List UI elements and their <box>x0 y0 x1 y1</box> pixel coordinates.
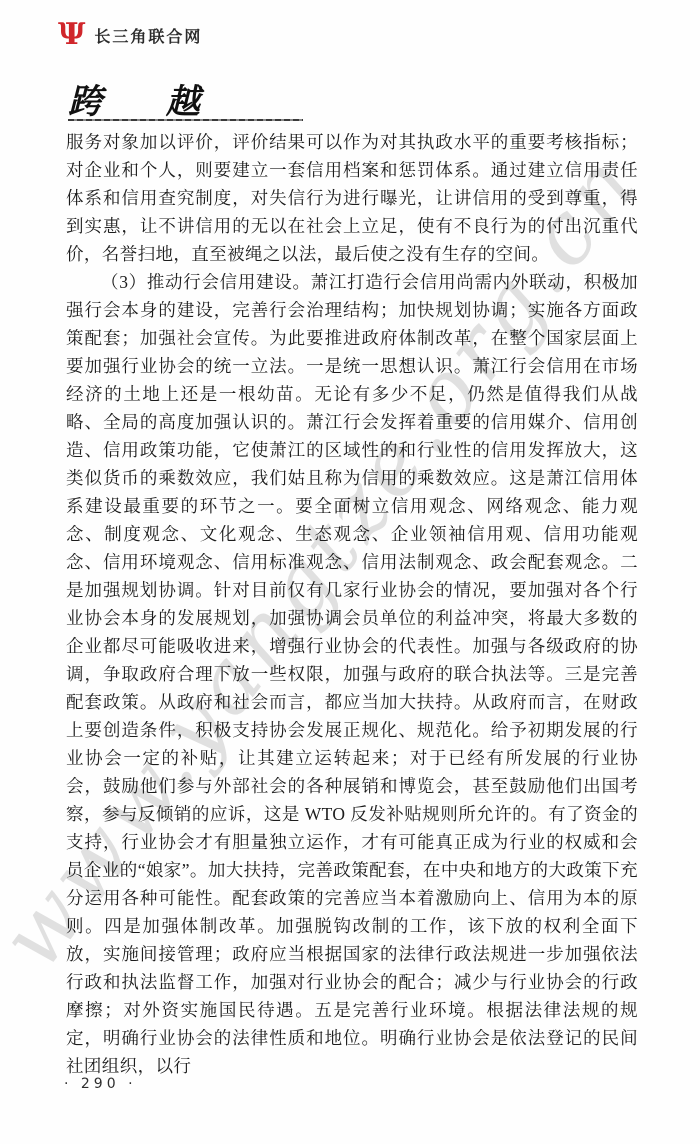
page-number: · 290 · <box>64 1076 137 1092</box>
page-title: 跨 越 <box>68 74 226 123</box>
paragraph: （3）推动行会信用建设。萧江打造行会信用尚需内外联动，积极加强行会本身的建设，完… <box>66 268 638 1080</box>
site-name: 长三角联合网 <box>94 24 202 47</box>
document-body: 服务对象加以评价，评价结果可以作为对其执政水平的重要考核指标；对企业和个人，则要… <box>66 128 638 1080</box>
title-underline <box>68 119 303 121</box>
site-logo-icon: Ψ <box>58 20 85 50</box>
site-header: Ψ 长三角联合网 <box>58 20 202 50</box>
document-page: www.yangtze.org.cn Ψ 长三角联合网 跨 越 服务对象加以评价… <box>0 0 700 1144</box>
page-footer: · 290 · <box>64 1076 137 1092</box>
paragraph: 服务对象加以评价，评价结果可以作为对其执政水平的重要考核指标；对企业和个人，则要… <box>66 128 638 268</box>
